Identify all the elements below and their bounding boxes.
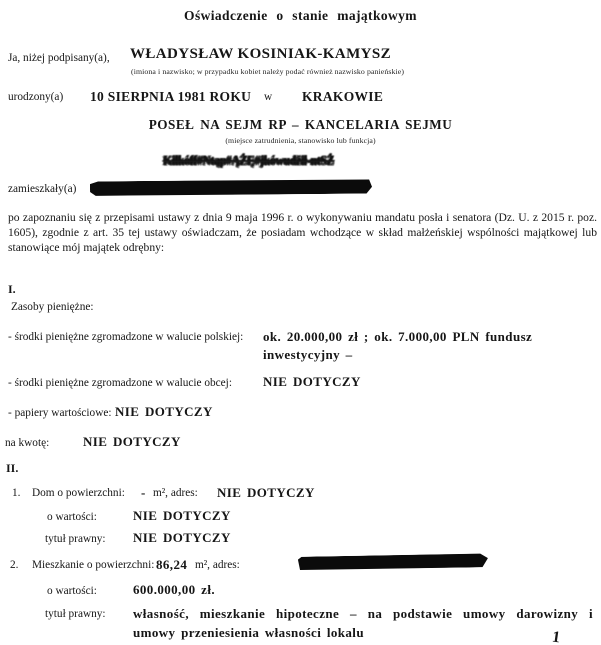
apartment-kind-label: Mieszkanie o powierzchni: — [32, 559, 154, 571]
scanned-declaration-page: Oświadczenie o stanie majątkowym Ja, niż… — [0, 0, 601, 645]
house-index: 1. — [12, 487, 20, 499]
house-worth-value: NIE DOTYCZY — [133, 508, 231, 524]
house-kind-label: Dom o powierzchni: — [32, 487, 125, 499]
intro-label: Ja, niżej podpisany(a), — [8, 52, 110, 64]
apartment-worth-value: 600.000,00 zł. — [133, 582, 215, 598]
apartment-area-value: 86,24 — [156, 557, 187, 573]
house-address-value: NIE DOTYCZY — [217, 485, 315, 501]
funds-pln-value: ok. 20.000,00 zł ; ok. 7.000,00 PLN fund… — [263, 328, 597, 363]
house-area-unit: m², adres: — [153, 487, 198, 499]
born-label: urodzony(a) — [8, 91, 63, 103]
name-field-hint: (imiona i nazwisko; w przypadku kobiet n… — [131, 67, 404, 76]
section-1-numeral: I. — [8, 282, 16, 297]
page-number-mark: 1 — [551, 629, 561, 645]
employment-field-hint: (miejsce zatrudnienia, stanowisko lub fu… — [0, 136, 601, 145]
apartment-area-unit: m², adres: — [195, 559, 240, 571]
redaction-bar-residence — [90, 179, 372, 197]
funds-foreign-label: - środki pieniężne zgromadzone w walucie… — [8, 377, 232, 389]
section-1-heading: Zasoby pieniężne: — [11, 301, 94, 313]
house-worth-label: o wartości: — [47, 511, 97, 523]
legal-preamble: po zapoznaniu się z przepisami ustawy z … — [8, 210, 597, 255]
amount-value: NIE DOTYCZY — [83, 434, 181, 450]
house-legal-label: tytuł prawny: — [45, 533, 106, 545]
obscured-struck-text: Kilkóff#Ntąp#ĄŻĘ#jkówudžił-ntSŻ — [163, 155, 334, 168]
securities-value: NIE DOTYCZY — [115, 404, 213, 420]
securities-label: - papiery wartościowe: — [8, 407, 112, 419]
birth-place: KRAKOWIE — [302, 89, 383, 105]
declarant-name: WŁADYSŁAW KOSINIAK-KAMYSZ — [130, 46, 391, 63]
section-2-numeral: II. — [6, 461, 18, 476]
funds-foreign-value: NIE DOTYCZY — [263, 374, 361, 390]
amount-label: na kwotę: — [5, 437, 49, 449]
apartment-legal-label: tytuł prawny: — [45, 608, 106, 620]
funds-pln-label: - środki pieniężne zgromadzone w walucie… — [8, 331, 243, 343]
house-area-value: - — [141, 485, 146, 501]
birth-date: 10 SIERPNIA 1981 ROKU — [90, 89, 251, 105]
employment-position: POSEŁ NA SEJM RP – KANCELARIA SEJMU — [0, 117, 601, 133]
apartment-worth-label: o wartości: — [47, 585, 97, 597]
redaction-bar-apartment-address — [298, 553, 488, 571]
house-legal-value: NIE DOTYCZY — [133, 530, 231, 546]
apartment-legal-value: własność, mieszkanie hipoteczne – na pod… — [133, 605, 593, 642]
apartment-index: 2. — [10, 559, 18, 571]
born-in-label: w — [264, 91, 272, 103]
residence-label: zamieszkały(a) — [8, 183, 76, 195]
document-title: Oświadczenie o stanie majątkowym — [0, 8, 601, 24]
